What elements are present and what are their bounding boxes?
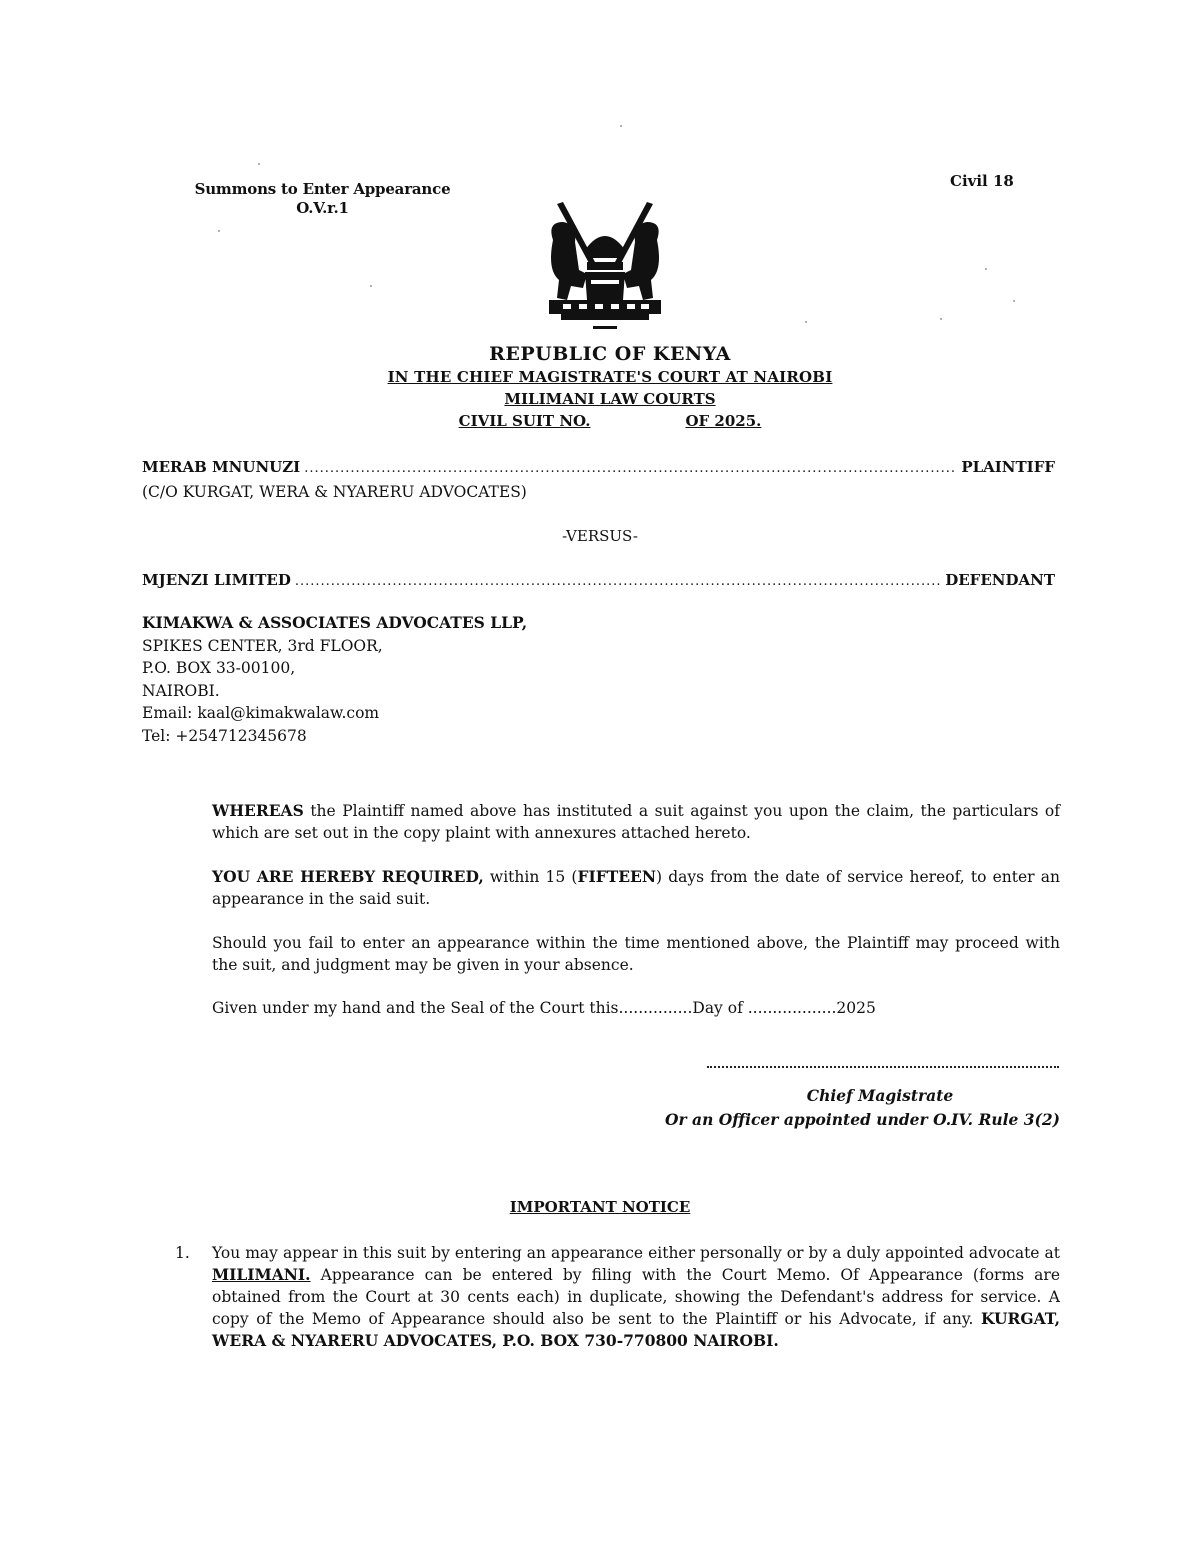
address-line: NAIROBI. [142, 680, 527, 703]
notice-item: 1. You may appear in this suit by enteri… [175, 1242, 1060, 1352]
form-title: Summons to Enter Appearance [185, 180, 460, 199]
advocate-firm: KIMAKWA & ASSOCIATES ADVOCATES LLP, [142, 612, 527, 635]
defendant-row: MJENZI LIMITED .........................… [142, 571, 1055, 589]
signature-line [707, 1066, 1059, 1068]
suit-suffix: OF 2025. [685, 412, 761, 430]
important-notice-title: IMPORTANT NOTICE [300, 1198, 900, 1216]
versus-label: -VERSUS- [300, 527, 900, 545]
defendant-dots: ........................................… [295, 574, 941, 589]
default-paragraph: Should you fail to enter an appearance w… [212, 932, 1060, 976]
court-location: MILIMANI LAW COURTS [300, 390, 920, 408]
plaintiff-name: MERAB MNUNUZI [142, 458, 300, 476]
plaintiff-row: MERAB MNUNUZI ..........................… [142, 458, 1055, 476]
advocate-email: Email: kaal@kimakwalaw.com [142, 702, 527, 725]
address-line: SPIKES CENTER, 3rd FLOOR, [142, 635, 527, 658]
whereas-paragraph: WHEREAS the Plaintiff named above has in… [212, 800, 1060, 844]
given-under-hand: Given under my hand and the Seal of the … [212, 997, 1060, 1019]
suit-prefix: CIVIL SUIT NO. [459, 412, 591, 430]
order-reference: O.V.r.1 [185, 199, 460, 218]
plaintiff-role: PLAINTIFF [961, 458, 1055, 476]
notice-part2: Appearance can be entered by filing with… [212, 1266, 1060, 1328]
address-line: P.O. BOX 33-00100, [142, 657, 527, 680]
required-text: within 15 ( [484, 868, 578, 886]
suit-number: CIVIL SUIT NO.OF 2025. [300, 412, 920, 430]
advocate-phone: Tel: +254712345678 [142, 725, 527, 748]
plaintiff-dots: ........................................… [304, 461, 957, 476]
defendant-name: MJENZI LIMITED [142, 571, 291, 589]
court-name: IN THE CHIEF MAGISTRATE'S COURT AT NAIRO… [300, 368, 920, 386]
whereas-text: the Plaintiff named above has instituted… [212, 802, 1060, 842]
republic-heading: REPUBLIC OF KENYA [300, 343, 920, 365]
notice-text: You may appear in this suit by entering … [212, 1242, 1060, 1352]
signatory-alternative: Or an Officer appointed under O.IV. Rule… [560, 1110, 1060, 1129]
whereas-lead: WHEREAS [212, 801, 304, 820]
plaintiff-care-of: (C/O KURGAT, WERA & NYARERU ADVOCATES) [142, 483, 527, 501]
kenya-coat-of-arms-icon [535, 200, 675, 332]
signatory-title: Chief Magistrate [700, 1086, 1060, 1105]
notice-part1: You may appear in this suit by entering … [212, 1244, 1060, 1262]
required-lead: YOU ARE HEREBY REQUIRED, [212, 867, 484, 886]
fifteen-days: FIFTEEN [577, 867, 656, 886]
form-header: Summons to Enter Appearance O.V.r.1 [185, 180, 460, 218]
form-code: Civil 18 [950, 172, 1014, 190]
defendant-role: DEFENDANT [945, 571, 1055, 589]
notice-number: 1. [175, 1242, 212, 1352]
defendant-advocate-address: KIMAKWA & ASSOCIATES ADVOCATES LLP, SPIK… [142, 612, 527, 747]
required-paragraph: YOU ARE HEREBY REQUIRED, within 15 (FIFT… [212, 866, 1060, 910]
notice-court: MILIMANI. [212, 1265, 311, 1284]
